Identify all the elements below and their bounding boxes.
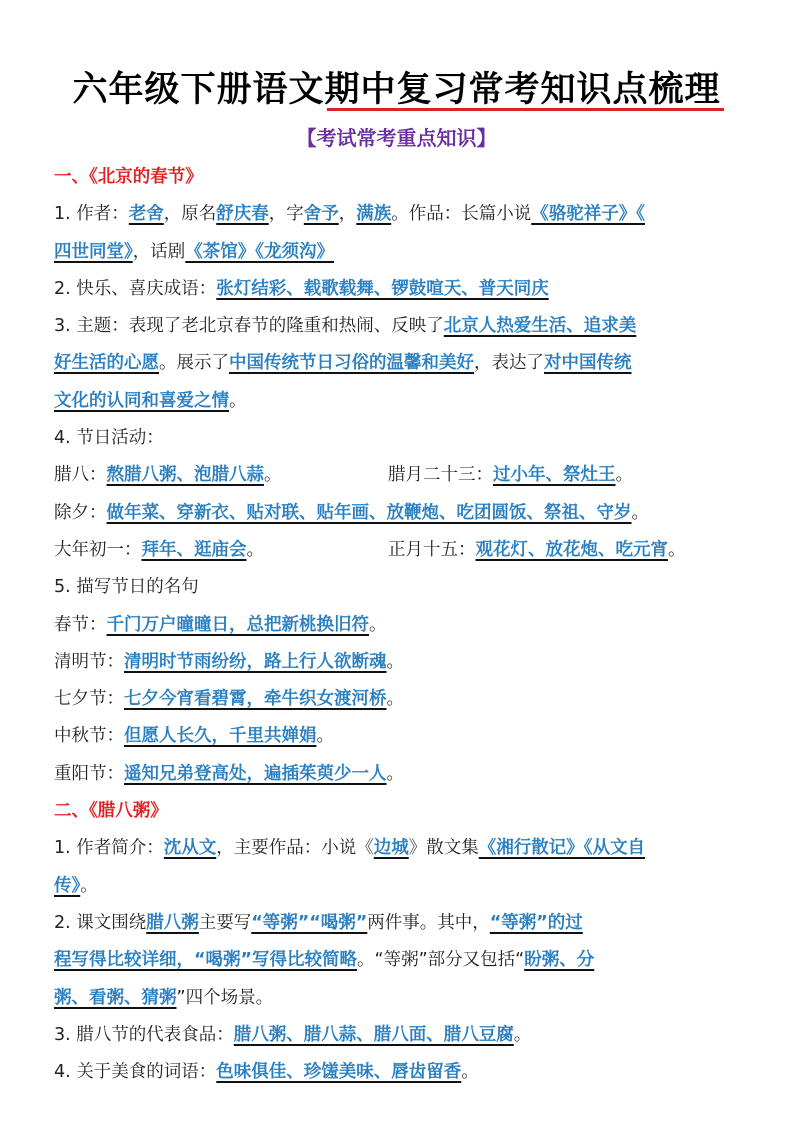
answer: 盼粥、分	[524, 950, 594, 970]
label: 清明节：	[54, 652, 124, 672]
item-foods: 3. 腊八节的代表食品：腊八粥、腊八蒜、腊八面、腊八豆腐。	[54, 1017, 744, 1054]
answer: 沈从文	[164, 838, 217, 858]
text: 。	[80, 876, 98, 896]
text: 。	[616, 465, 634, 485]
text: ，字	[269, 204, 304, 224]
quote-row: 中秋节：但愿人长久，千里共婵娟。	[54, 718, 744, 755]
text: 2. 课文围绕	[54, 913, 146, 933]
answer: 但愿人长久，千里共婵娟	[124, 726, 317, 746]
quote-row: 重阳节：遥知兄弟登高处，遍插茱萸少一人。	[54, 756, 744, 793]
section-heading: 一、《北京的春节》	[54, 159, 744, 196]
answer: 熬腊八粥、泡腊八蒜	[107, 465, 265, 485]
text: 。	[264, 465, 282, 485]
answer: 《茶馆》《龙须沟》	[185, 242, 334, 262]
label: 大年初一：	[54, 540, 142, 560]
text: 。	[461, 1062, 479, 1082]
text: ”四个场景。	[177, 988, 274, 1008]
answer: 张灯结彩、载歌载舞、锣鼓喧天、普天同庆	[216, 279, 549, 299]
answer: 文化的认同和喜爱之情	[54, 391, 229, 411]
item-author-cont: 传》。	[54, 868, 744, 905]
label: 腊月二十三：	[388, 465, 493, 485]
label: 中秋节：	[54, 726, 124, 746]
text: 2. 快乐、喜庆成语：	[54, 279, 216, 299]
text: 。作品：长篇小说	[391, 204, 531, 224]
answer: 老舍	[129, 204, 164, 224]
item-author: 1. 作者：老舍，原名舒庆春，字舍予，满族。作品：长篇小说《骆驼祥子》《	[54, 196, 744, 233]
answer: 观花灯、放花炮、吃元宵	[476, 540, 669, 560]
item-author-cont: 四世同堂》，话剧《茶馆》《龙须沟》	[54, 234, 744, 271]
item-structure-cont: 程写得比较详细，“喝粥”写得比较简略。“等粥”部分又包括“盼粥、分	[54, 942, 744, 979]
activity-laba: 腊八：熬腊八粥、泡腊八蒜。	[54, 457, 388, 494]
activity-15: 正月十五：观花灯、放花炮、吃元宵。	[388, 532, 686, 569]
item-idioms: 2. 快乐、喜庆成语：张灯结彩、载歌载舞、锣鼓喧天、普天同庆	[54, 271, 744, 308]
answer: 过小年、祭灶王	[493, 465, 616, 485]
answer: “等粥”的过	[490, 913, 583, 933]
text: 。展示了	[159, 353, 229, 373]
answer: 做年菜、穿新衣、贴对联、贴年画、放鞭炮、吃团圆饭、祭祖、守岁	[107, 503, 632, 523]
answer: 《湘行散记》《从文自	[479, 838, 645, 858]
activities-row: 大年初一：拜年、逛庙会。 正月十五：观花灯、放花炮、吃元宵。	[54, 532, 744, 569]
document-body: 一、《北京的春节》 1. 作者：老舍，原名舒庆春，字舍予，满族。作品：长篇小说《…	[54, 159, 744, 1091]
text: 1. 作者简介：	[54, 838, 164, 858]
item-structure-cont2: 粥、看粥、猜粥”四个场景。	[54, 980, 744, 1017]
answer: 北京人热爱生活、追求美	[444, 316, 637, 336]
quote-row: 清明节：清明时节雨纷纷，路上行人欲断魂。	[54, 644, 744, 681]
text: ，主要作品：小说《	[216, 838, 374, 858]
answer: 四世同堂》	[54, 242, 133, 262]
answer: 遥知兄弟登高处，遍插茱萸少一人	[124, 764, 387, 784]
text: 。	[387, 689, 405, 709]
answer: 舒庆春	[216, 204, 269, 224]
answer: “等粥”“喝粥”	[251, 913, 367, 933]
item-structure: 2. 课文围绕腊八粥主要写“等粥”“喝粥”两件事。其中，“等粥”的过	[54, 905, 744, 942]
text: ，	[339, 204, 357, 224]
text: 。“等粥”部分又包括“	[357, 950, 524, 970]
answer: 色味俱佳、珍馐美味、唇齿留香	[216, 1062, 461, 1082]
answer: 传》	[54, 876, 80, 896]
text: ，原名	[164, 204, 217, 224]
item-activities-title: 4. 节日活动：	[54, 420, 744, 457]
text: 。	[317, 726, 335, 746]
activity-23: 腊月二十三：过小年、祭灶王。	[388, 457, 633, 494]
text: 两件事。其中，	[367, 913, 490, 933]
quote-row: 春节：千门万户曈曈日，总把新桃换旧符。	[54, 607, 744, 644]
label: 春节：	[54, 615, 107, 635]
activity-chuxi: 除夕：做年菜、穿新衣、贴对联、贴年画、放鞭炮、吃团圆饭、祭祖、守岁。	[54, 495, 744, 532]
activity-chuyi: 大年初一：拜年、逛庙会。	[54, 532, 388, 569]
text: 3. 主题：表现了老北京春节的隆重和热闹、反映了	[54, 316, 444, 336]
text: 。	[369, 615, 387, 635]
text: 1. 作者：	[54, 204, 129, 224]
text: 》散文集	[409, 838, 479, 858]
answer: 对中国传统	[544, 353, 632, 373]
activities-row: 腊八：熬腊八粥、泡腊八蒜。 腊月二十三：过小年、祭灶王。	[54, 457, 744, 494]
text: 。	[387, 652, 405, 672]
answer: 舍予	[304, 204, 339, 224]
label: 七夕节：	[54, 689, 124, 709]
answer: 腊八粥、腊八蒜、腊八面、腊八豆腐	[234, 1025, 514, 1045]
item-food-words: 4. 关于美食的词语：色味俱佳、珍馐美味、唇齿留香。	[54, 1054, 744, 1091]
answer: 七夕今宵看碧霄，牵牛织女渡河桥	[124, 689, 387, 709]
text: 主要写	[199, 913, 252, 933]
section-heading: 二、《腊八粥》	[54, 793, 744, 830]
text: 。	[387, 764, 405, 784]
answer: 边城	[374, 838, 409, 858]
label: 重阳节：	[54, 764, 124, 784]
page-subtitle: 【考试常考重点知识】	[0, 123, 793, 153]
quote-row: 七夕节：七夕今宵看碧霄，牵牛织女渡河桥。	[54, 681, 744, 718]
answer: 程写得比较详细，“喝粥”写得比较简略	[54, 950, 357, 970]
label: 腊八：	[54, 465, 107, 485]
label: 正月十五：	[388, 540, 476, 560]
item-author: 1. 作者简介：沈从文，主要作品：小说《边城》散文集《湘行散记》《从文自	[54, 830, 744, 867]
text: 。	[229, 391, 247, 411]
answer: 好生活的心愿	[54, 353, 159, 373]
answer: 满族	[356, 204, 391, 224]
item-theme: 3. 主题：表现了老北京春节的隆重和热闹、反映了北京人热爱生活、追求美	[54, 308, 744, 345]
answer: 腊八粥	[146, 913, 199, 933]
text: 。	[632, 503, 650, 523]
text: ，话剧	[133, 242, 186, 262]
answer: 《骆驼祥子》《	[531, 204, 645, 224]
item-theme-cont: 好生活的心愿。展示了中国传统节日习俗的温馨和美好，表达了对中国传统	[54, 345, 744, 382]
label: 除夕：	[54, 503, 107, 523]
text: 4. 关于美食的词语：	[54, 1062, 216, 1082]
item-theme-cont2: 文化的认同和喜爱之情。	[54, 383, 744, 420]
page-title: 六年级下册语文期中复习常考知识点梳理	[0, 66, 793, 114]
answer: 中国传统节日习俗的温馨和美好	[229, 353, 474, 373]
answer: 清明时节雨纷纷，路上行人欲断魂	[124, 652, 387, 672]
answer: 拜年、逛庙会	[142, 540, 247, 560]
text: ，表达了	[474, 353, 544, 373]
item-quotes-title: 5. 描写节日的名句	[54, 569, 744, 606]
answer: 粥、看粥、猜粥	[54, 988, 177, 1008]
title-underline	[327, 108, 724, 111]
text: 3. 腊八节的代表食品：	[54, 1025, 234, 1045]
answer: 千门万户曈曈日，总把新桃换旧符	[107, 615, 370, 635]
text: 。	[247, 540, 265, 560]
text: 。	[668, 540, 686, 560]
text: 。	[514, 1025, 532, 1045]
